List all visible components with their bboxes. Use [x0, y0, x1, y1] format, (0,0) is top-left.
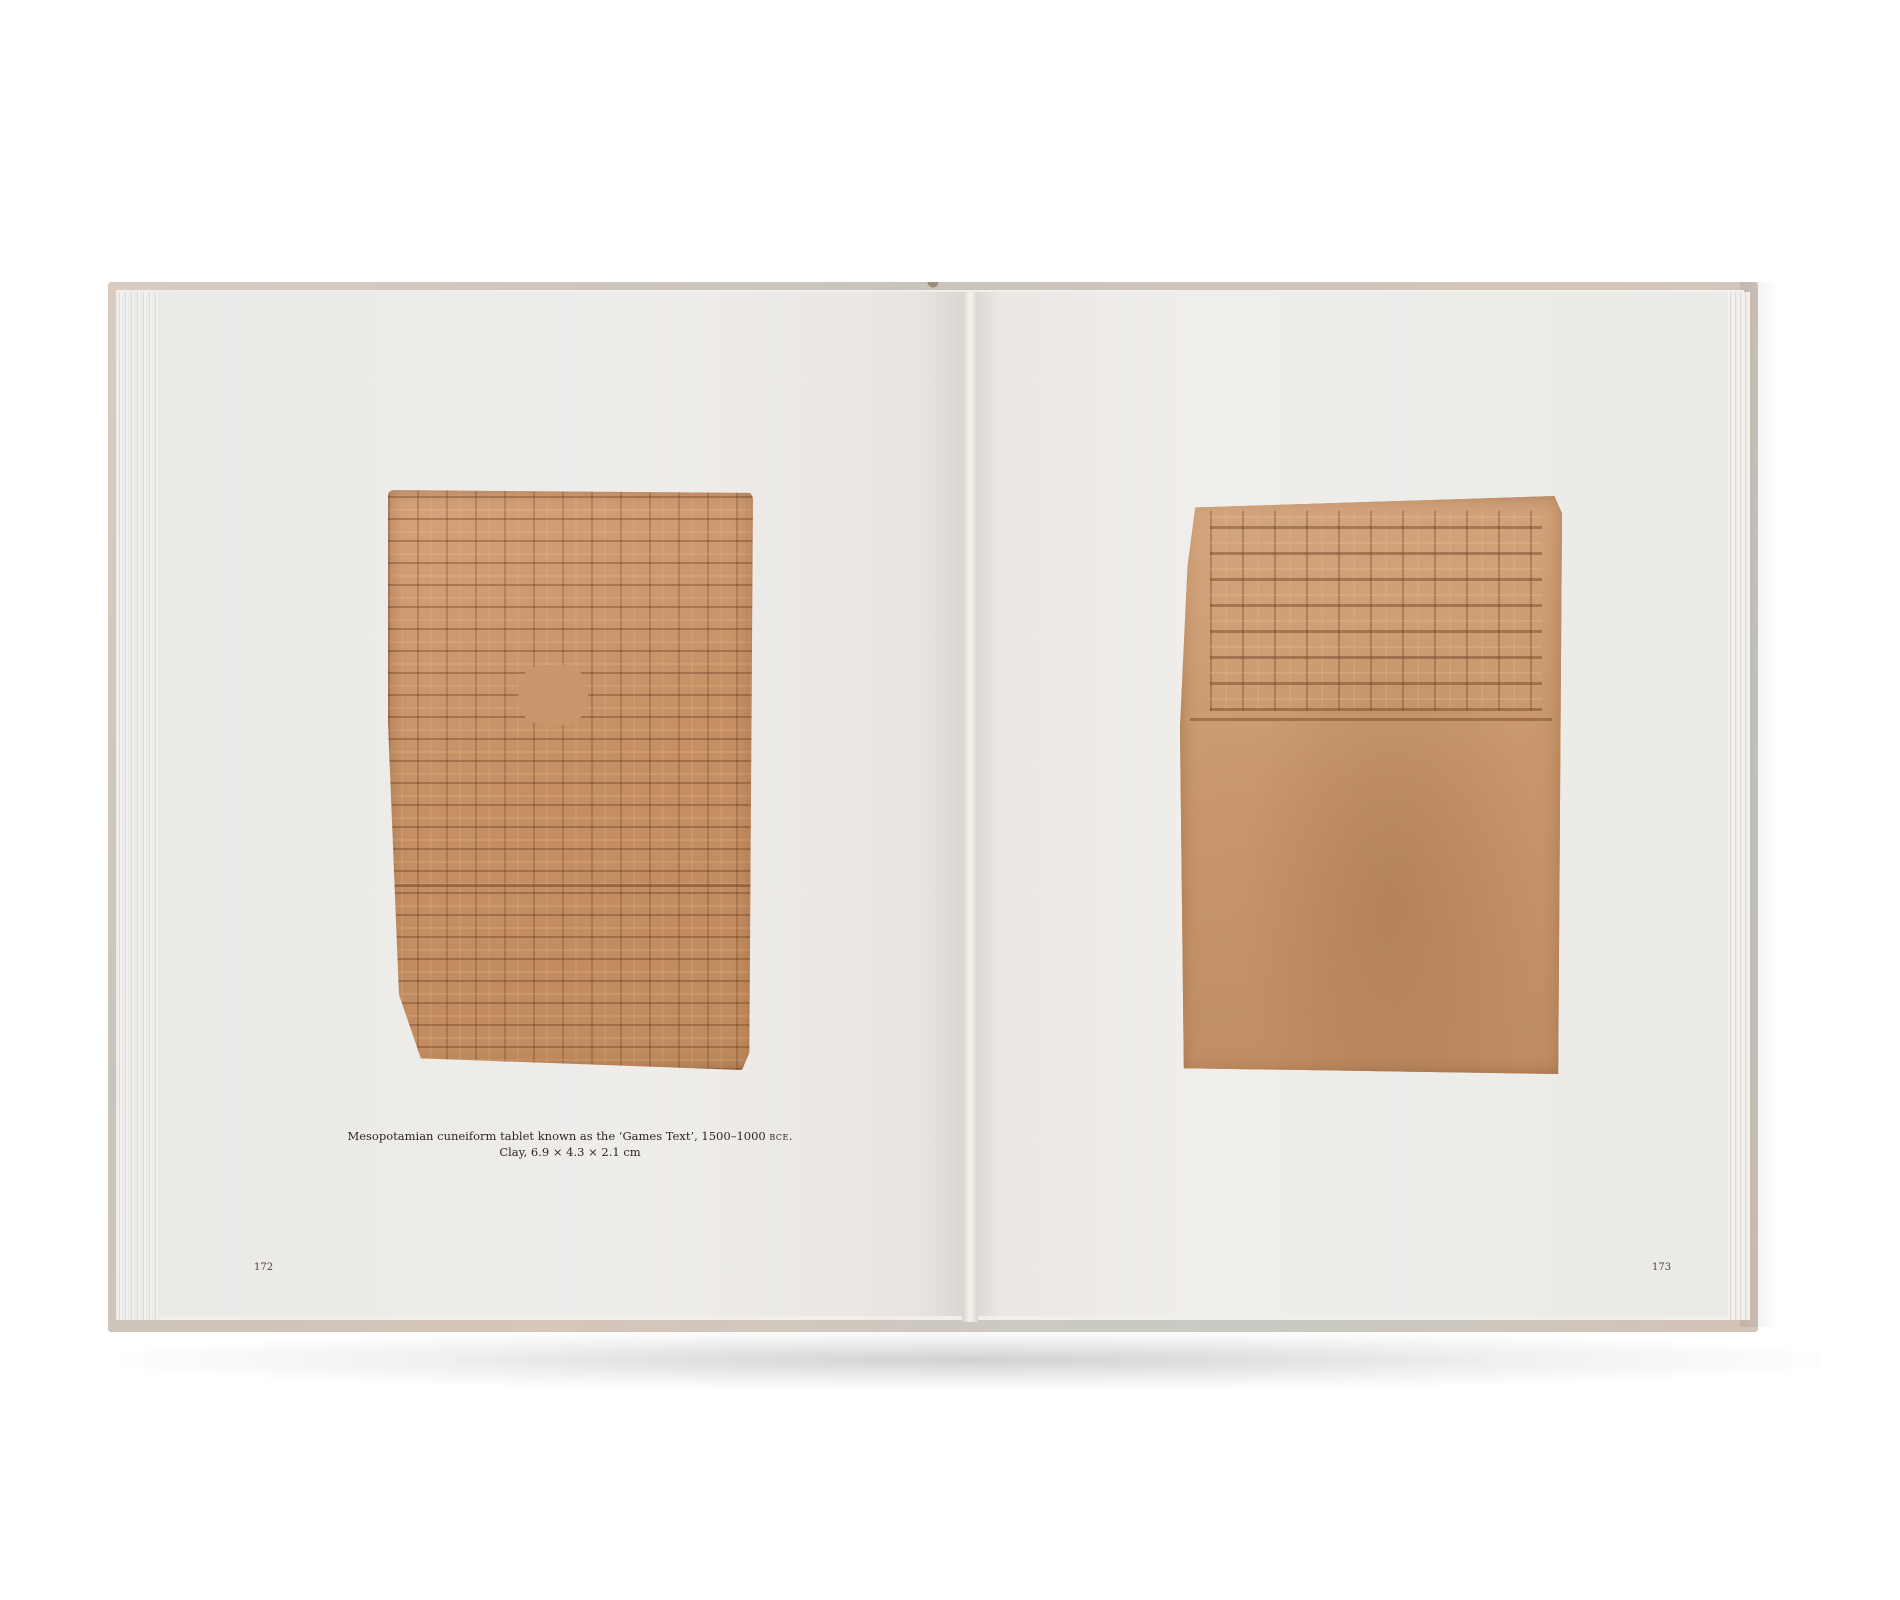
caption-text: Mesopotamian cuneiform tablet known as t… — [347, 1129, 769, 1143]
book-shadow — [120, 1330, 1820, 1390]
left-page-edges — [116, 292, 158, 1320]
caption-line-1: Mesopotamian cuneiform tablet known as t… — [330, 1128, 810, 1144]
tablet-ruling-line — [1190, 718, 1552, 721]
tablet-ruling-line — [388, 884, 753, 887]
figure-caption: Mesopotamian cuneiform tablet known as t… — [330, 1128, 810, 1160]
book-gutter — [962, 292, 978, 1322]
cuneiform-tablet-obverse-image — [388, 490, 753, 1070]
right-page-edges — [1728, 292, 1750, 1320]
caption-line-2: Clay, 6.9 × 4.3 × 2.1 cm — [330, 1144, 810, 1160]
tablet-inscribed-area — [1210, 511, 1542, 711]
caption-period: . — [789, 1129, 793, 1143]
page-number-left: 172 — [254, 1262, 273, 1273]
cuneiform-tablet-reverse-image — [1180, 496, 1562, 1074]
caption-era: BCE — [769, 1129, 789, 1143]
tablet-worn-patch — [518, 665, 588, 725]
page-number-right: 173 — [1652, 1262, 1671, 1273]
